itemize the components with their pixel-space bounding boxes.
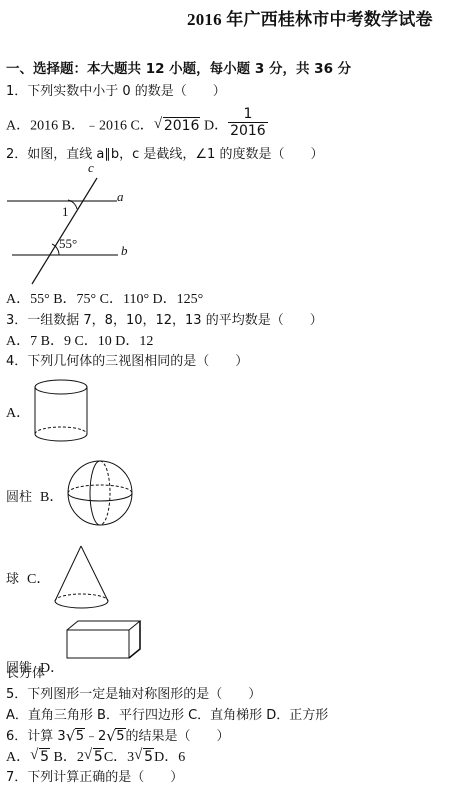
option-b-label: B． [54,750,77,765]
angle-55-label: 55° [59,236,77,252]
stem-prefix: 6．计算 3 [6,729,66,744]
question-7-stem: 7．下列计算正确的是（ ） [6,766,183,785]
question-5-options: A．直角三角形 B．平行四边形 C．直角梯形 D．正方形 [6,704,328,723]
parallel-lines-figure [0,160,140,290]
option-b-value: ﹣2016 [85,119,127,134]
question-3-stem: 3．一组数据 7，8，10，12，13 的平均数是（ ） [6,309,323,328]
shape-name-cylinder: 圆柱 [6,486,32,505]
sqrt-expression: 5 [84,749,104,766]
sqrt-expression: 5 [66,729,85,744]
question-5-stem: 5．下列图形一定是轴对称图形的是（ ） [6,683,261,702]
cuboid-icon [64,618,144,660]
cylinder-icon [32,378,92,448]
option-a-label: A． [6,750,30,765]
coefficient: 3 [127,750,134,765]
line-a-label: a [117,189,124,205]
line-c-label: c [88,160,94,176]
shape-name-cuboid: 长方体 [6,662,45,681]
radicand: 2016 [163,117,201,134]
radicand: 5 [75,728,85,744]
question-2-options: A．55° B．75° C．110° D．125° [6,288,203,308]
radicand: 5 [115,728,125,744]
option-b-label: B． [40,486,63,506]
option-c-label: C． [104,750,127,765]
question-6-options: A．5 B．25C．35D．6 [6,746,185,766]
question-6-stem: 6．计算 35﹣25的结果是（ ） [6,725,230,744]
shape-name-sphere: 球 [6,568,19,587]
option-d-label: D． [154,750,178,765]
option-d-value: 6 [178,750,185,765]
fraction: 12016 [228,106,268,139]
question-1-options: A．2016 B．﹣2016 C．2016 D．12016 [6,110,268,143]
option-c-label: C． [130,119,153,134]
question-4-stem: 4．下列几何体的三视图相同的是（ ） [6,350,248,369]
radicand: 5 [93,748,104,765]
option-a-label: A． [6,119,30,134]
question-1-stem: 1．下列实数中小于 0 的数是（ ） [6,80,226,99]
option-c-label: C． [27,568,50,588]
denominator: 2016 [228,122,268,139]
sqrt-expression: 5 [30,749,50,766]
question-3-options: A．7 B．9 C．10 D．12 [6,330,153,350]
section-heading: 一、选择题：本大题共 12 小题，每小题 3 分，共 36 分 [6,57,351,77]
radicand: 5 [39,748,50,765]
option-a-label: A． [6,402,30,422]
sqrt-expression: 5 [106,729,125,744]
page-title: 2016 年广西桂林市中考数学试卷 [187,5,433,30]
angle-1-label: 1 [62,204,69,220]
coefficient: 2 [77,750,84,765]
option-b-label: B． [62,119,85,134]
sphere-icon [66,460,138,530]
sqrt-expression: 5 [134,749,154,766]
numerator: 1 [241,106,254,122]
stem-mid: ﹣2 [85,729,106,744]
line-b-label: b [121,243,128,259]
option-d-label: D． [204,119,228,134]
cone-icon [52,544,114,614]
option-a-value: 2016 [30,119,58,134]
sqrt-expression: 2016 [154,118,201,135]
radicand: 5 [143,748,154,765]
stem-suffix: 的结果是（ ） [126,729,230,744]
